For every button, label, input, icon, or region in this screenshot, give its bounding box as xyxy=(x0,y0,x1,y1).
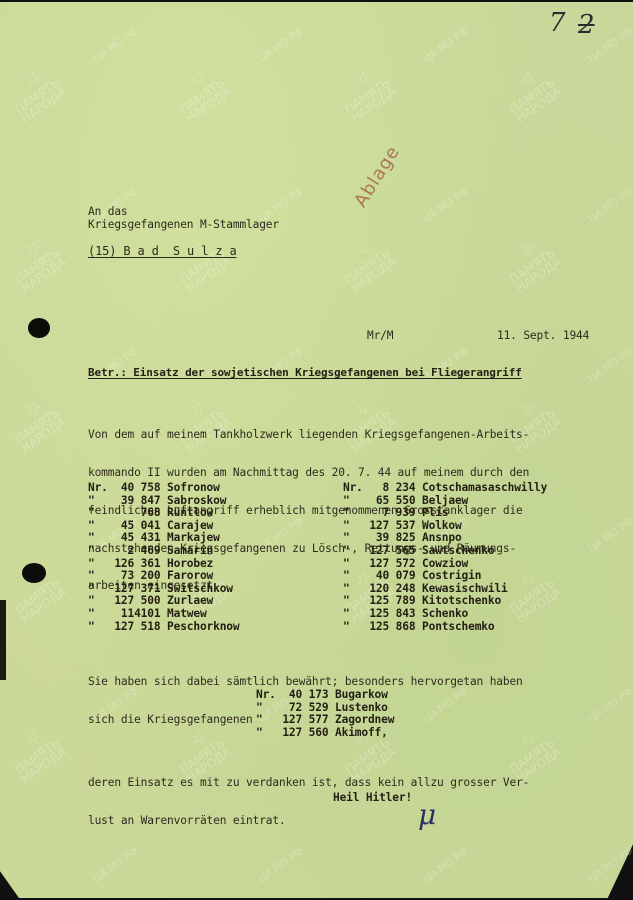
punch-hole-top xyxy=(28,318,50,338)
prisoner-entry: " 127 560 Akimoff, xyxy=(256,727,394,740)
prisoner-entry: " 2 469 Samarin xyxy=(88,545,239,558)
prisoner-entry: Nr. 40 173 Bugarkow xyxy=(256,689,394,702)
text-line: lust an Warenvorräten eintrat. xyxy=(88,815,529,828)
closing-salutation: Heil Hitler! xyxy=(333,792,412,805)
prisoner-entry: " 125 843 Schenko xyxy=(343,608,547,621)
page-number-handwritten: 7 xyxy=(549,8,566,38)
prisoner-entry: " 114101 Matwew xyxy=(88,608,239,621)
recipient-line-3: (15) B a d S u l z a xyxy=(88,245,237,258)
prisoner-entry: " 125 868 Pontschemko xyxy=(343,621,547,634)
subject-line: Betr.: Einsatz der sowjetischen Kriegsge… xyxy=(88,367,522,380)
prisoner-entry: " 127 565 Sawtschenko xyxy=(343,545,547,558)
prisoner-entry: " 768 Rüntlow xyxy=(88,507,239,520)
prisoner-list-right: Nr. 8 234 Cotschamasaschwilly" 65 550 Be… xyxy=(343,482,547,633)
text-line: Von dem auf meinem Tankholzwerk liegende… xyxy=(88,429,529,442)
paragraph-closing: deren Einsatz es mit zu verdanken ist, d… xyxy=(88,752,529,840)
prisoner-entry: " 127 518 Peschorknow xyxy=(88,621,239,634)
recipient-line-2: Kriegsgefangenen M-Stammlager xyxy=(88,219,279,232)
prisoner-entry: " 40 079 Costrigin xyxy=(343,570,547,583)
prisoner-entry: " 73 200 Farorow xyxy=(88,570,239,583)
text-line: deren Einsatz es mit zu verdanken ist, d… xyxy=(88,777,529,790)
prisoner-entry: " 7 939 Plis xyxy=(343,507,547,520)
distinguished-prisoner-list: Nr. 40 173 Bugarkow" 72 529 Lustenko" 12… xyxy=(256,689,394,739)
punch-hole-bottom xyxy=(22,563,46,583)
text-line: kommando II wurden am Nachmittag des 20.… xyxy=(88,467,529,480)
signature: μ xyxy=(418,798,436,831)
prisoner-entry: Nr. 40 758 Sofronow xyxy=(88,482,239,495)
page-number-struck: 2 xyxy=(578,10,595,40)
prisoner-entry: " 127 577 Zagordnew xyxy=(256,714,394,727)
document-date: 11. Sept. 1944 xyxy=(497,330,589,343)
prisoner-entry: Nr. 8 234 Cotschamasaschwilly xyxy=(343,482,547,495)
prisoner-list-left: Nr. 40 758 Sofronow" 39 847 Sabroskow" 7… xyxy=(88,482,239,633)
recipient-line-1: An das xyxy=(88,206,128,219)
page-edge-shadow xyxy=(0,600,6,680)
text-line: Sie haben sich dabei sämtlich bewährt; b… xyxy=(88,676,523,689)
reference-code: Mr/M xyxy=(367,330,393,343)
